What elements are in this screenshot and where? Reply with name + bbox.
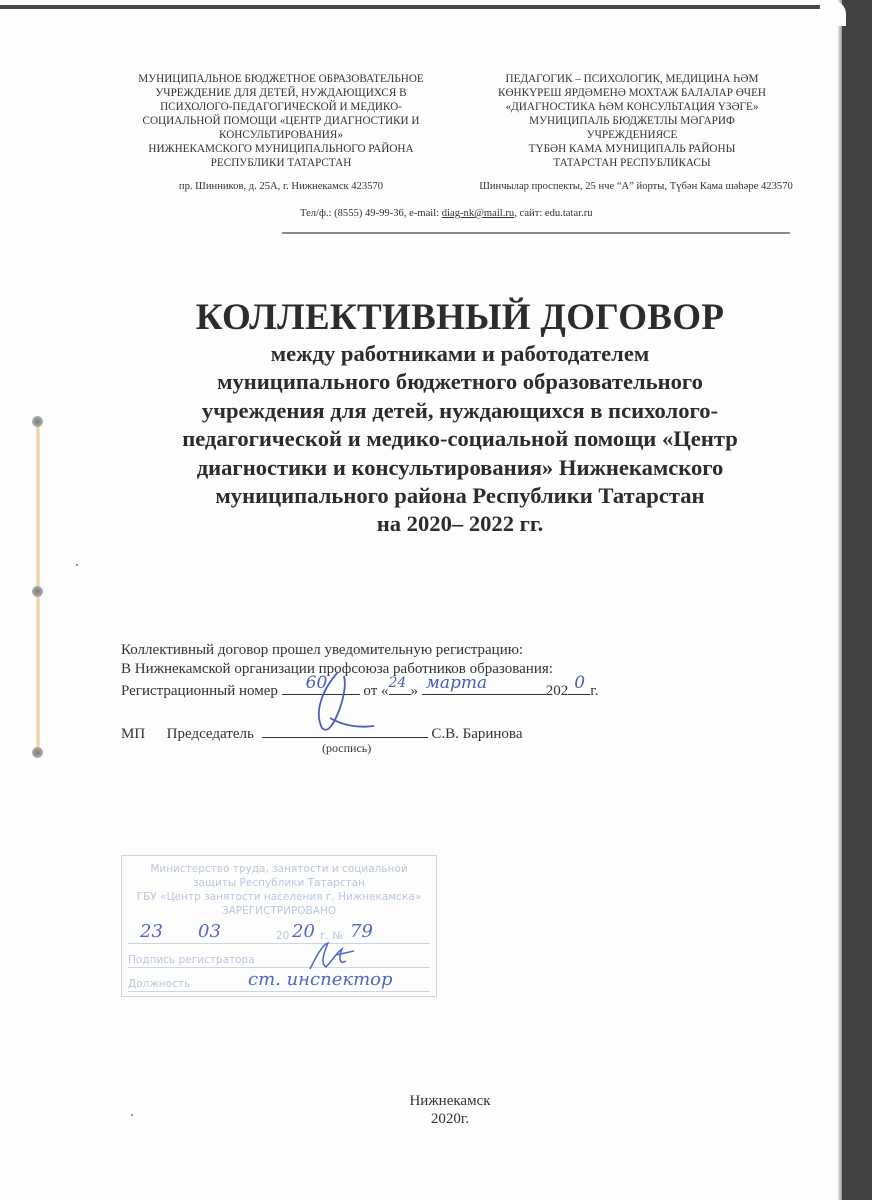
- page-corner: [820, 0, 846, 26]
- org-line: ТАТАРСТАН РЕСПУБЛИКАСЫ: [466, 156, 798, 170]
- stamp-year-prefix: 20: [276, 930, 289, 942]
- chair-name: С.В. Баринова: [431, 726, 522, 742]
- scan-right-band: [842, 0, 872, 1200]
- org-line: РЕСПУБЛИКИ ТАТАРСТАН: [108, 156, 454, 170]
- header-divider: [282, 232, 790, 234]
- stamp-position-label: Должность: [128, 978, 190, 990]
- subtitle-line: учреждения для детей, нуждающихся в псих…: [100, 397, 820, 425]
- org-line: СОЦИАЛЬНОЙ ПОМОЩИ «ЦЕНТР ДИАГНОСТИКИ И: [108, 114, 454, 128]
- signature-caption: (роспись): [322, 741, 371, 756]
- number-label: Регистрационный номер: [121, 683, 282, 699]
- registration-line-1: Коллективный договор прошел уведомительн…: [121, 641, 598, 660]
- email-link[interactable]: diag-nk@mail.ru: [442, 208, 514, 219]
- footer-city: Нижнекамск: [360, 1092, 540, 1110]
- day-field: 24: [389, 679, 411, 695]
- day-close: »: [411, 683, 422, 699]
- org-line: ПСИХОЛОГО-ПЕДАГОГИЧЕСКОЙ И МЕДИКО-: [108, 100, 454, 114]
- org-line: НИЖНЕКАМСКОГО МУНИЦИПАЛЬНОГО РАЙОНА: [108, 142, 454, 156]
- chair-role-label: Председатель: [167, 726, 254, 742]
- contact-line: Тел/ф.: (8555) 49-99-36, e-mail: diag-nk…: [300, 208, 593, 219]
- stamp-signature-label: Подпись регистратора: [128, 954, 255, 966]
- binding-knot-top: [32, 416, 43, 427]
- org-line: УЧРЕЖДЕНИЕ ДЛЯ ДЕТЕЙ, НУЖДАЮЩИХСЯ В: [108, 86, 454, 100]
- binding-knot-bottom: [32, 747, 43, 758]
- address-ru: пр. Шинников, д. 25А, г. Нижнекамск 4235…: [108, 181, 454, 192]
- org-line: МУНИЦИПАЛЬНОЕ БЮДЖЕТНОЕ ОБРАЗОВАТЕЛЬНОЕ: [108, 72, 454, 86]
- month-field: марта: [422, 679, 546, 695]
- org-line: ТҮБӘН КАМА МУНИЦИПАЛЬ РАЙОНЫ: [466, 142, 798, 156]
- address-tt: Шинчылар проспекты, 25 нче “А” йорты, Тү…: [466, 181, 806, 192]
- registrar-signature-icon: [306, 939, 356, 973]
- subtitle-line: муниципального бюджетного образовательно…: [100, 368, 820, 396]
- handwritten-month: марта: [426, 674, 487, 693]
- document-title: КОЛЛЕКТИВНЫЙ ДОГОВОР: [100, 296, 820, 340]
- letterhead-right-tt: ПЕДАГОГИК – ПСИХОЛОГИК, МЕДИЦИНА ҺӘМ КӨН…: [466, 72, 798, 170]
- subtitle-line: на 2020– 2022 гг.: [100, 510, 820, 538]
- org-line: КӨНКҮРЕШ ЯРДӘМЕНӘ МОХТАЖ БАЛАЛАР ӨЧЕН: [466, 86, 798, 100]
- handwritten-signature-icon: [300, 668, 380, 740]
- org-line: «ДИАГНОСТИКА ҺӘМ КОНСУЛЬТАЦИЯ ҮЗӘГЕ»: [466, 100, 798, 114]
- subtitle-line: муниципального района Республики Татарст…: [100, 482, 820, 510]
- stamp-line: ГБУ «Центр занятости населения г. Нижнек…: [122, 890, 436, 904]
- stamp-signature-row: Подпись регистратора: [128, 950, 430, 968]
- stamp-day: 23: [140, 921, 163, 942]
- letterhead-left-ru: МУНИЦИПАЛЬНОЕ БЮДЖЕТНОЕ ОБРАЗОВАТЕЛЬНОЕ …: [108, 72, 454, 170]
- year-field: 0: [568, 679, 590, 695]
- document-title-block: КОЛЛЕКТИВНЫЙ ДОГОВОР между работниками и…: [100, 296, 820, 539]
- stamp-line: защиты Республики Татарстан: [122, 876, 436, 890]
- document-footer: Нижнекамск 2020г.: [360, 1092, 540, 1128]
- subtitle-line: педагогической и медико-социальной помощ…: [100, 425, 820, 453]
- org-line: УЧРЕЖДЕНИЯСЕ: [466, 128, 798, 142]
- binding-knot-middle: [32, 586, 43, 597]
- stamp-date-row: 23 03 20 20 г. № 79: [128, 926, 430, 944]
- stamp-line: ЗАРЕГИСТРИРОВАНО: [122, 904, 436, 918]
- org-line: ПЕДАГОГИК – ПСИХОЛОГИК, МЕДИЦИНА ҺӘМ: [466, 72, 798, 86]
- scan-top-edge: [0, 5, 850, 9]
- registration-stamp: Министерство труда, занятости и социальн…: [121, 855, 437, 997]
- scan-speck: [76, 564, 78, 566]
- seal-label: МП: [121, 726, 145, 742]
- stamp-position-row: Должность ст. инспектор: [128, 974, 430, 992]
- footer-year: 2020г.: [360, 1110, 540, 1128]
- stamp-month: 03: [198, 921, 221, 942]
- handwritten-year: 0: [574, 674, 585, 693]
- stamp-position-value: ст. инспектор: [248, 969, 393, 990]
- handwritten-day: 24: [389, 674, 407, 693]
- year-suffix: г.: [590, 683, 598, 699]
- org-line: МУНИЦИПАЛЬ БЮДЖЕТЛЫ МӘГАРИФ: [466, 114, 798, 128]
- subtitle-line: между работниками и работодателем: [100, 340, 820, 368]
- subtitle-line: диагностики и консультирования» Нижнекам…: [100, 454, 820, 482]
- stamp-line: Министерство труда, занятости и социальн…: [122, 862, 436, 876]
- scan-speck: [131, 1114, 133, 1116]
- phone-text: Тел/ф.: (8555) 49-99-36, e-mail:: [300, 208, 442, 219]
- org-line: КОНСУЛЬТИРОВАНИЯ»: [108, 128, 454, 142]
- year-prefix: 202: [546, 683, 569, 699]
- site-text: , сайт: edu.tatar.ru: [514, 208, 592, 219]
